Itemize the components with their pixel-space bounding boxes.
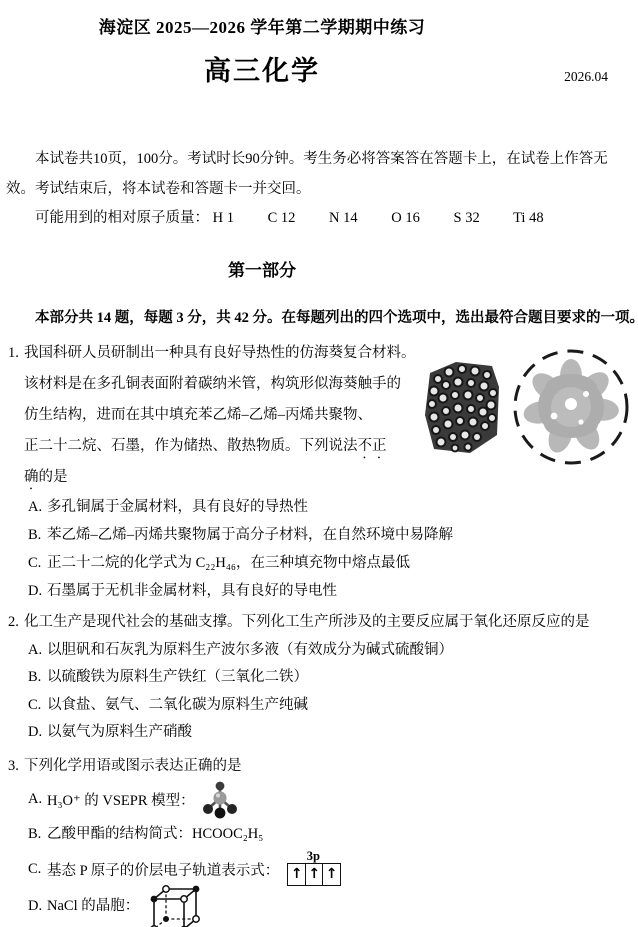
q2-option-b: B.以硫酸铁为原料生产铁红（三氧化二铁） xyxy=(8,664,638,692)
section-title: 第一部分 xyxy=(0,258,524,284)
atomic-mass-item: H 1 xyxy=(213,210,234,226)
atomic-mass-item: N 14 xyxy=(329,210,358,226)
notice-line-1: 本试卷共10页，100分。考试时长90分钟。考生务必将答案答在答题卡上，在试卷上… xyxy=(6,145,614,175)
q2-number: 2. xyxy=(8,607,24,637)
orbital-box: ↑ xyxy=(305,863,324,886)
question-1-figures xyxy=(422,346,634,468)
exam-date: 2026.04 xyxy=(564,69,608,85)
subject-title-row: 高三化学 2026.04 xyxy=(0,53,638,89)
orbital-box: ↑ xyxy=(322,863,341,886)
porous-copper-foam-figure xyxy=(422,357,502,457)
q3-number: 3. xyxy=(8,751,24,781)
orbital-box: ↑ xyxy=(287,863,306,886)
q1-option-a: A.多孔铜属于金属材料，具有良好的导热性 xyxy=(8,493,638,521)
q2-option-d: D.以氨气为原料生产硝酸 xyxy=(8,719,638,747)
orbital-shell-label: 3p xyxy=(287,850,339,863)
orbital-diagram: 3p ↑ ↑ ↑ xyxy=(287,850,339,886)
notice-line-2: 效。考试结束后，将本试卷和答题卡一并交回。 xyxy=(6,175,614,205)
question-2: 2.化工生产是现代社会的基础支撑。下列化工生产所涉及的主要反应属于氧化还原反应的… xyxy=(8,607,638,747)
orbital-boxes: ↑ ↑ ↑ xyxy=(287,863,339,886)
q3-stem: 3.下列化学用语或图示表达正确的是 xyxy=(8,751,638,781)
notice-paragraph: 本试卷共10页，100分。考试时长90分钟。考生务必将答案答在答题卡上，在试卷上… xyxy=(6,145,614,204)
q3-option-b: B. 乙酸甲酯的结构简式：HCOOC₂H₅ xyxy=(8,819,638,849)
q3-option-d: D. NaCl 的晶胞： xyxy=(8,893,638,927)
atomic-masses: 可能用到的相对原子质量： H 1 C 12 N 14 O 16 S 32 Ti … xyxy=(6,204,638,234)
question-1: 1.我国科研人员研制出一种具有良好导热性的仿海葵复合材料。 该材料是在多孔铜表面… xyxy=(8,338,638,605)
atomic-mass-item: O 16 xyxy=(391,210,420,226)
q2-option-a: A.以胆矾和石灰乳为原料生产波尔多液（有效成分为碱式硫酸铜） xyxy=(8,637,638,665)
exam-title: 海淀区 2025—2026 学年第二学期期中练习 xyxy=(0,16,524,40)
question-3: 3.下列化学用语或图示表达正确的是 A. H₃O⁺ 的 VSEPR 模型： xyxy=(8,751,638,927)
q2-option-c: C.以食盐、氨气、二氧化碳为原料生产纯碱 xyxy=(8,692,638,720)
subject-title: 高三化学 xyxy=(0,53,524,89)
q1-option-d: D.石墨属于无机非金属材料，具有良好的导电性 xyxy=(8,577,638,605)
vsepr-model-figure xyxy=(201,780,239,820)
atomic-masses-label: 可能用到的相对原子质量： xyxy=(35,210,209,226)
section-instructions: 本部分共 14 题，每题 3 分，共 42 分。在每题列出的四个选项中，选出最符… xyxy=(6,306,638,330)
atomic-mass-item: Ti 48 xyxy=(513,210,544,226)
nacl-unit-cell-figure xyxy=(141,883,201,927)
atomic-mass-item: S 32 xyxy=(454,210,480,226)
q3-option-a: A. H₃O⁺ 的 VSEPR 模型： xyxy=(8,781,638,819)
atomic-mass-item: C 12 xyxy=(268,210,296,226)
exam-page: 海淀区 2025—2026 学年第二学期期中练习 高三化学 2026.04 本试… xyxy=(0,0,638,927)
q1-option-c: C.正二十二烷的化学式为 C₂₂H₄₆，在三种填充物中熔点最低 xyxy=(8,549,638,577)
q3-option-c: C. 基态 P 原子的价层电子轨道表示式： 3p ↑ ↑ ↑ xyxy=(8,849,638,891)
q1-number: 1. xyxy=(8,338,24,369)
q2-stem: 2.化工生产是现代社会的基础支撑。下列化工生产所涉及的主要反应属于氧化还原反应的… xyxy=(8,607,638,637)
emphasized-text: 确 xyxy=(24,469,39,485)
emphasized-text: 不正 xyxy=(358,438,387,454)
q1-option-b: B.苯乙烯–乙烯–丙烯共聚物属于高分子材料，在自然环境中易降解 xyxy=(8,521,638,549)
anemone-composite-figure xyxy=(510,346,632,468)
